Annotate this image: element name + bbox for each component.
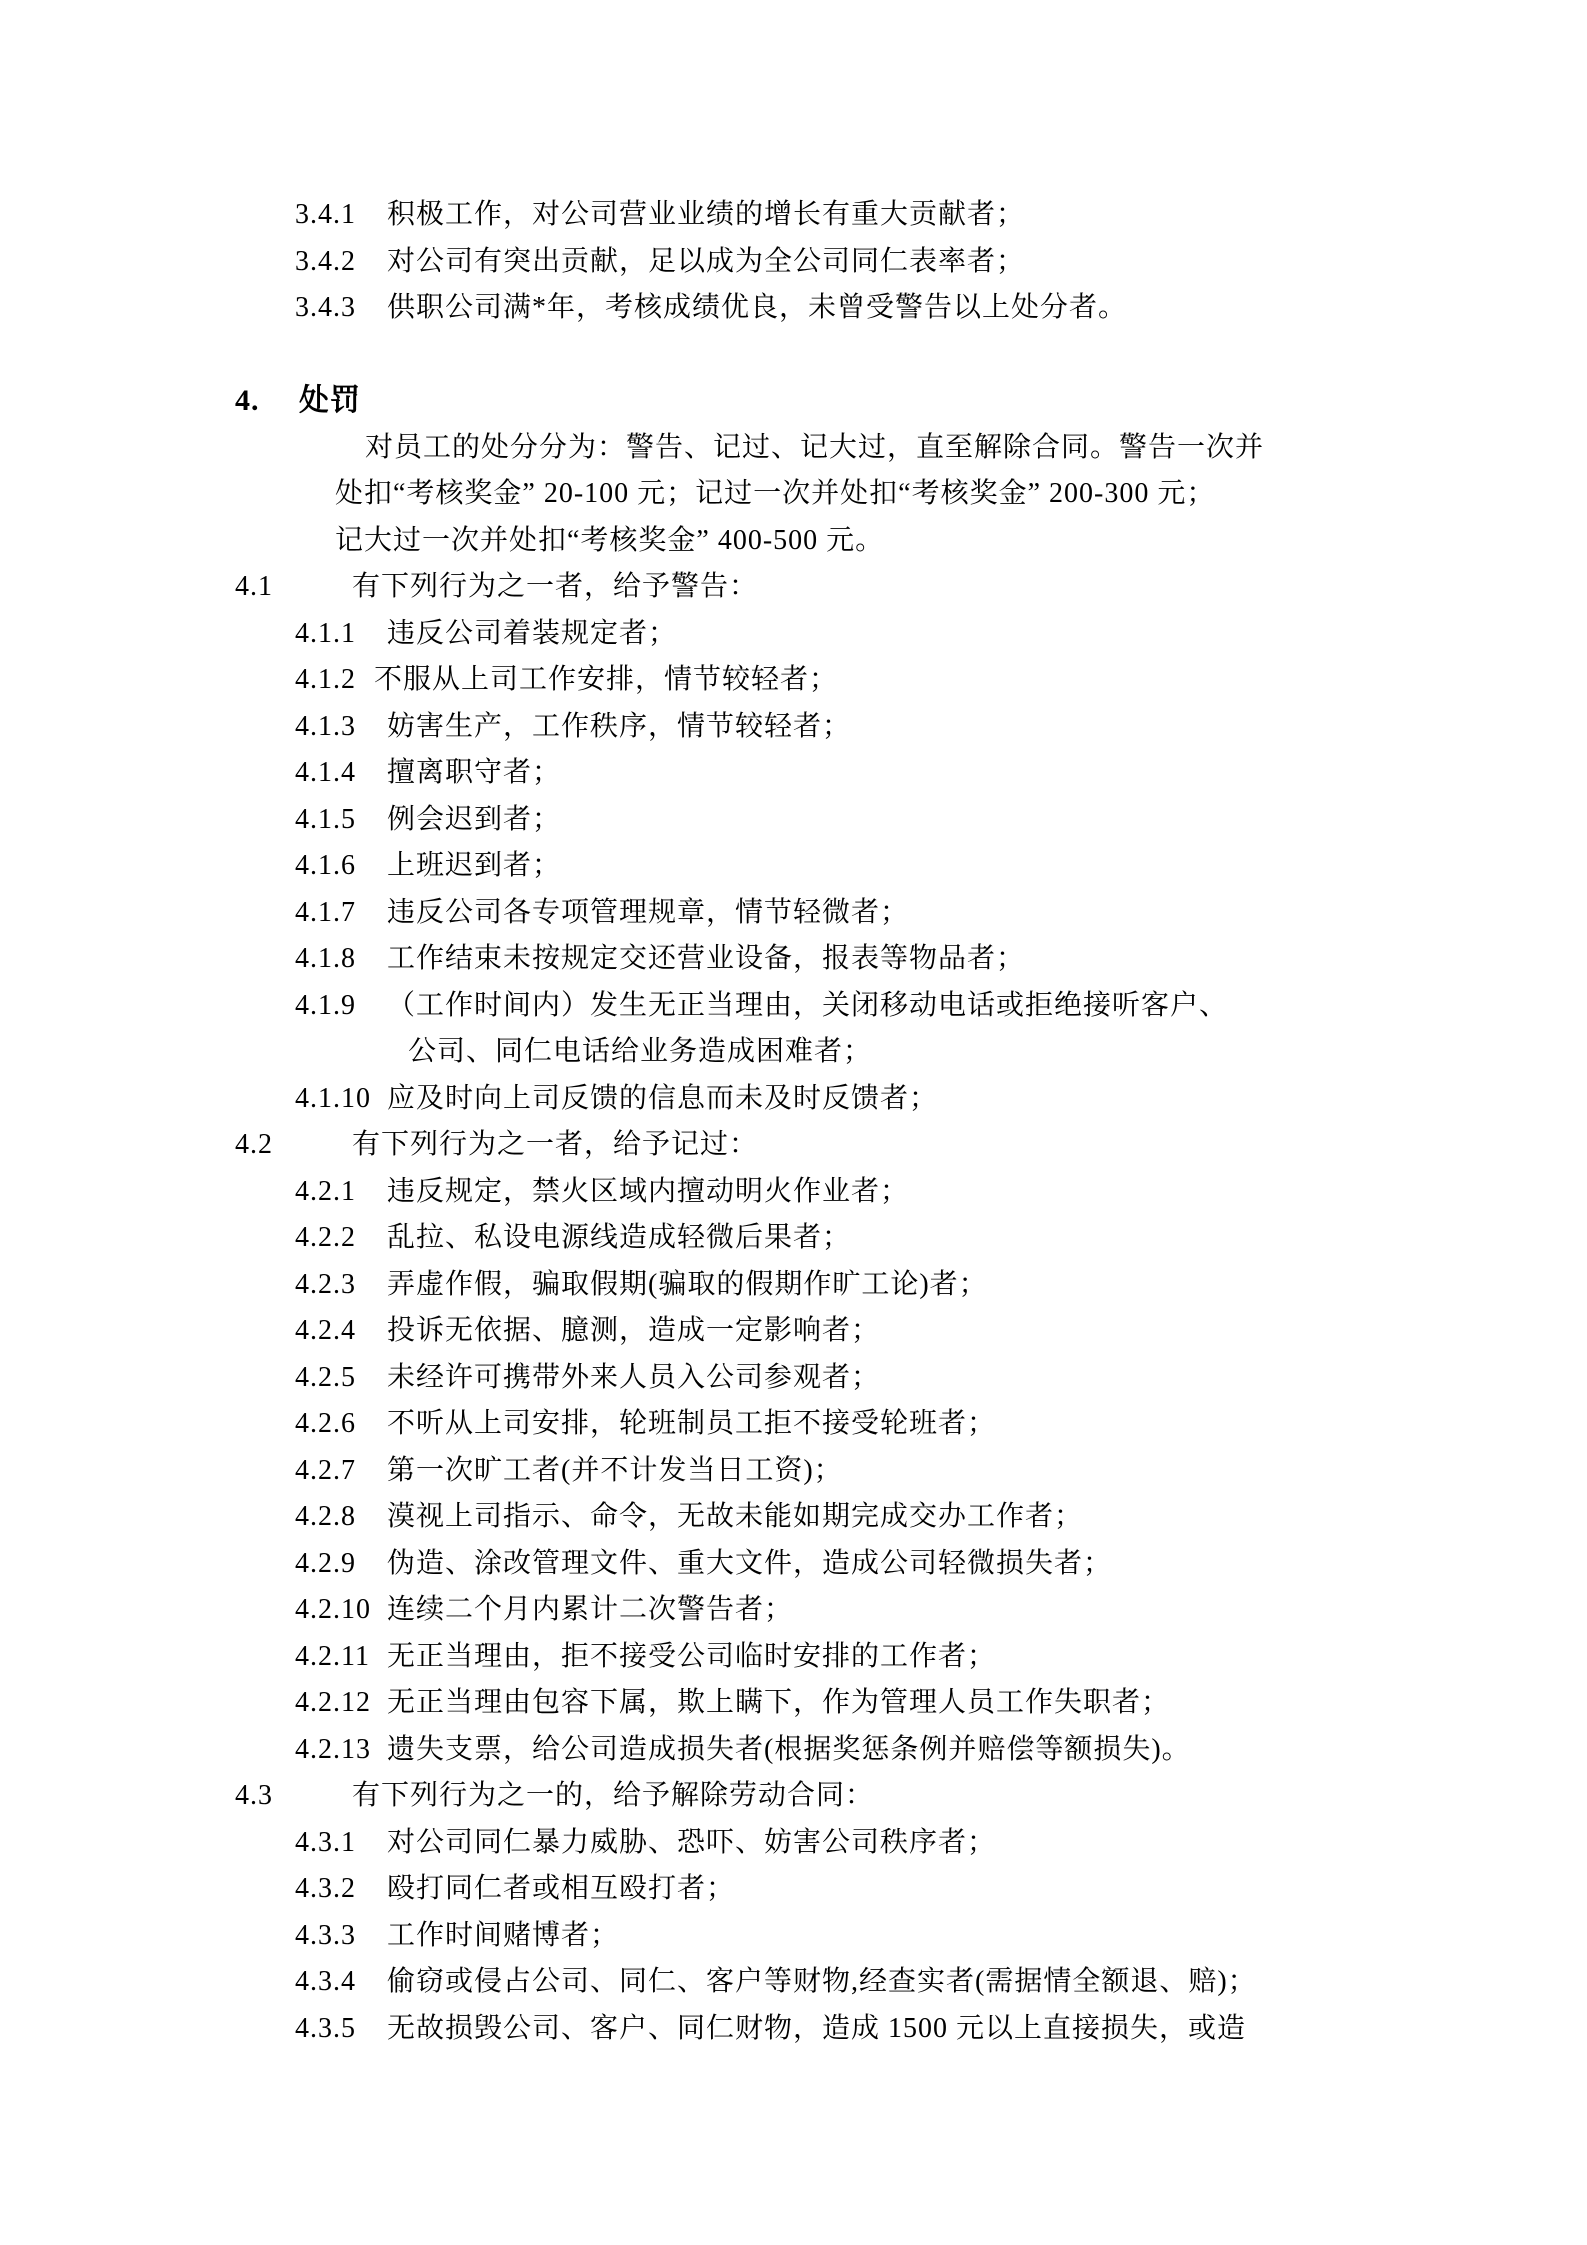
section-number: 4. xyxy=(235,378,299,425)
item-text: 乱拉、私设电源线造成轻微后果者； xyxy=(387,1222,851,1253)
list-item: 4.2.3弄虚作假，骗取假期(骗取的假期作旷工论)者； xyxy=(0,1262,1587,1309)
item-text: 妨害生产，工作秩序，情节较轻者； xyxy=(387,711,851,742)
item-number: 4.2.3 xyxy=(295,1262,387,1309)
item-number: 4.2 xyxy=(235,1122,352,1169)
list-item: 4.2.8漠视上司指示、命令，无故未能如期完成交办工作者； xyxy=(0,1494,1587,1541)
item-text: 遗失支票，给公司造成损失者(根据奖惩条例并赔偿等额损失)。 xyxy=(387,1734,1191,1765)
intro-paragraph-line-1: 对员工的处分分为：警告、记过、记大过，直至解除合同。警告一次并 xyxy=(0,425,1587,472)
list-item: 4.3.5无故损毁公司、客户、同仁财物，造成 1500 元以上直接损失，或造 xyxy=(0,2006,1587,2053)
list-item: 3.4.3供职公司满*年，考核成绩优良，未曾受警告以上处分者。 xyxy=(0,285,1587,332)
item-text: 有下列行为之一者，给予警告： xyxy=(352,571,758,602)
item-text: 有下列行为之一者，给予记过： xyxy=(352,1129,758,1160)
item-number: 4.1.1 xyxy=(295,611,387,658)
section-title: 处罚 xyxy=(299,384,361,417)
item-number: 4.1.10 xyxy=(295,1076,387,1123)
section-4-heading: 4.处罚 xyxy=(0,378,1587,425)
item-number: 4.2.13 xyxy=(295,1727,387,1774)
item-text: 例会迟到者； xyxy=(387,804,561,835)
item-text: 未经许可携带外来人员入公司参观者； xyxy=(387,1362,880,1393)
intro-paragraph-line-3: 记大过一次并处扣“考核奖金” 400-500 元。 xyxy=(0,518,1587,565)
item-text: 有下列行为之一的，给予解除劳动合同： xyxy=(352,1780,874,1811)
item-number: 4.1.2 xyxy=(295,657,374,704)
list-item: 4.1.8工作结束未按规定交还营业设备，报表等物品者； xyxy=(0,936,1587,983)
list-item: 4.3.2殴打同仁者或相互殴打者； xyxy=(0,1866,1587,1913)
item-number: 3.4.2 xyxy=(295,239,387,286)
item-number: 4.1.4 xyxy=(295,750,387,797)
item-number: 3.4.1 xyxy=(295,192,387,239)
item-number: 4.1.7 xyxy=(295,890,387,937)
list-item: 4.1.9（工作时间内）发生无正当理由，关闭移动电话或拒绝接听客户、 xyxy=(0,983,1587,1030)
item-text: 不服从上司工作安排，情节较轻者； xyxy=(374,664,838,695)
list-item: 4.2.11无正当理由，拒不接受公司临时安排的工作者； xyxy=(0,1634,1587,1681)
list-item: 4.2.4投诉无依据、臆测，造成一定影响者； xyxy=(0,1308,1587,1355)
item-number: 4.3.4 xyxy=(295,1959,387,2006)
item-text: 偷窃或侵占公司、同仁、客户等财物,经查实者(需据情全额退、赔)； xyxy=(387,1966,1257,1997)
list-item: 3.4.1积极工作，对公司营业业绩的增长有重大贡献者； xyxy=(0,192,1587,239)
item-number: 4.1.3 xyxy=(295,704,387,751)
item-number: 4.1.9 xyxy=(295,983,387,1030)
item-text: 上班迟到者； xyxy=(387,850,561,881)
item-text: 无正当理由，拒不接受公司临时安排的工作者； xyxy=(387,1641,996,1672)
item-text: 违反公司着装规定者； xyxy=(387,618,677,649)
item-text: 不听从上司安排，轮班制员工拒不接受轮班者； xyxy=(387,1408,996,1439)
item-text: 无正当理由包容下属，欺上瞒下，作为管理人员工作失职者； xyxy=(387,1687,1170,1718)
item-text: 伪造、涂改管理文件、重大文件，造成公司轻微损失者； xyxy=(387,1548,1112,1579)
item-number: 4.3 xyxy=(235,1773,352,1820)
item-text: 对公司同仁暴力威胁、恐吓、妨害公司秩序者； xyxy=(387,1827,996,1858)
item-text: 违反规定，禁火区域内擅动明火作业者； xyxy=(387,1176,909,1207)
list-item: 4.1.7违反公司各专项管理规章，情节轻微者； xyxy=(0,890,1587,937)
item-number: 4.3.1 xyxy=(295,1820,387,1867)
item-number: 4.1 xyxy=(235,564,352,611)
list-item: 4.2.1违反规定，禁火区域内擅动明火作业者； xyxy=(0,1169,1587,1216)
item-number: 4.1.5 xyxy=(295,797,387,844)
item-text: 工作结束未按规定交还营业设备，报表等物品者； xyxy=(387,943,1025,974)
item-text: （工作时间内）发生无正当理由，关闭移动电话或拒绝接听客户、 xyxy=(387,990,1228,1021)
list-item: 3.4.2对公司有突出贡献，足以成为全公司同仁表率者； xyxy=(0,239,1587,286)
list-item: 4.1.10应及时向上司反馈的信息而未及时反馈者； xyxy=(0,1076,1587,1123)
list-item: 4.1.3妨害生产，工作秩序，情节较轻者； xyxy=(0,704,1587,751)
list-item: 4.3.1对公司同仁暴力威胁、恐吓、妨害公司秩序者； xyxy=(0,1820,1587,1867)
list-item: 4.2.13遗失支票，给公司造成损失者(根据奖惩条例并赔偿等额损失)。 xyxy=(0,1727,1587,1774)
item-number: 4.2.7 xyxy=(295,1448,387,1495)
item-number: 4.2.6 xyxy=(295,1401,387,1448)
list-item: 4.2.6不听从上司安排，轮班制员工拒不接受轮班者； xyxy=(0,1401,1587,1448)
item-text: 投诉无依据、臆测，造成一定影响者； xyxy=(387,1315,880,1346)
list-item: 4.3.3工作时间赌博者； xyxy=(0,1913,1587,1960)
item-text: 对公司有突出贡献，足以成为全公司同仁表率者； xyxy=(387,246,1025,277)
item-text: 积极工作，对公司营业业绩的增长有重大贡献者； xyxy=(387,199,1025,230)
item-number: 4.2.5 xyxy=(295,1355,387,1402)
list-item: 4.2.5未经许可携带外来人员入公司参观者； xyxy=(0,1355,1587,1402)
item-text: 连续二个月内累计二次警告者； xyxy=(387,1594,793,1625)
list-item: 4.2.7第一次旷工者(并不计发当日工资)； xyxy=(0,1448,1587,1495)
item-number: 4.2.10 xyxy=(295,1587,387,1634)
item-number: 4.2.8 xyxy=(295,1494,387,1541)
item-number: 4.3.5 xyxy=(295,2006,387,2053)
intro-paragraph-line-2: 处扣“考核奖金” 20-100 元；记过一次并处扣“考核奖金” 200-300 … xyxy=(0,471,1587,518)
list-item: 4.1.4擅离职守者； xyxy=(0,750,1587,797)
list-item: 4.1.6上班迟到者； xyxy=(0,843,1587,890)
item-text: 殴打同仁者或相互殴打者； xyxy=(387,1873,735,1904)
list-item: 4.1.1违反公司着装规定者； xyxy=(0,611,1587,658)
item-number: 3.4.3 xyxy=(295,285,387,332)
item-number: 4.2.9 xyxy=(295,1541,387,1588)
item-text: 漠视上司指示、命令，无故未能如期完成交办工作者； xyxy=(387,1501,1083,1532)
item-text: 供职公司满*年，考核成绩优良，未曾受警告以上处分者。 xyxy=(387,292,1127,323)
item-text: 弄虚作假，骗取假期(骗取的假期作旷工论)者； xyxy=(387,1269,988,1300)
section-4-1-header: 4.1有下列行为之一者，给予警告： xyxy=(0,564,1587,611)
item-number: 4.1.8 xyxy=(295,936,387,983)
item-number: 4.2.11 xyxy=(295,1634,387,1681)
item-number: 4.2.4 xyxy=(295,1308,387,1355)
item-number: 4.3.2 xyxy=(295,1866,387,1913)
list-item: 4.2.9伪造、涂改管理文件、重大文件，造成公司轻微损失者； xyxy=(0,1541,1587,1588)
section-4-2-header: 4.2有下列行为之一者，给予记过： xyxy=(0,1122,1587,1169)
item-number: 4.3.3 xyxy=(295,1913,387,1960)
item-text: 第一次旷工者(并不计发当日工资)； xyxy=(387,1455,843,1486)
item-text: 应及时向上司反馈的信息而未及时反馈者； xyxy=(387,1083,938,1114)
item-text: 工作时间赌博者； xyxy=(387,1920,619,1951)
list-item: 4.3.4偷窃或侵占公司、同仁、客户等财物,经查实者(需据情全额退、赔)； xyxy=(0,1959,1587,2006)
item-number: 4.2.12 xyxy=(295,1680,387,1727)
list-item-continuation: 公司、同仁电话给业务造成困难者； xyxy=(0,1029,1587,1076)
item-text: 违反公司各专项管理规章，情节轻微者； xyxy=(387,897,909,928)
item-number: 4.2.2 xyxy=(295,1215,387,1262)
item-text: 擅离职守者； xyxy=(387,757,561,788)
item-number: 4.2.1 xyxy=(295,1169,387,1216)
list-item: 4.2.12无正当理由包容下属，欺上瞒下，作为管理人员工作失职者； xyxy=(0,1680,1587,1727)
list-item: 4.1.5例会迟到者； xyxy=(0,797,1587,844)
item-text: 无故损毁公司、客户、同仁财物，造成 1500 元以上直接损失，或造 xyxy=(387,2013,1246,2044)
list-item: 4.2.2乱拉、私设电源线造成轻微后果者； xyxy=(0,1215,1587,1262)
list-item: 4.2.10连续二个月内累计二次警告者； xyxy=(0,1587,1587,1634)
item-number: 4.1.6 xyxy=(295,843,387,890)
list-item: 4.1.2不服从上司工作安排，情节较轻者； xyxy=(0,657,1587,704)
section-4-3-header: 4.3有下列行为之一的，给予解除劳动合同： xyxy=(0,1773,1587,1820)
document-page: 3.4.1积极工作，对公司营业业绩的增长有重大贡献者； 3.4.2对公司有突出贡… xyxy=(0,0,1587,2052)
